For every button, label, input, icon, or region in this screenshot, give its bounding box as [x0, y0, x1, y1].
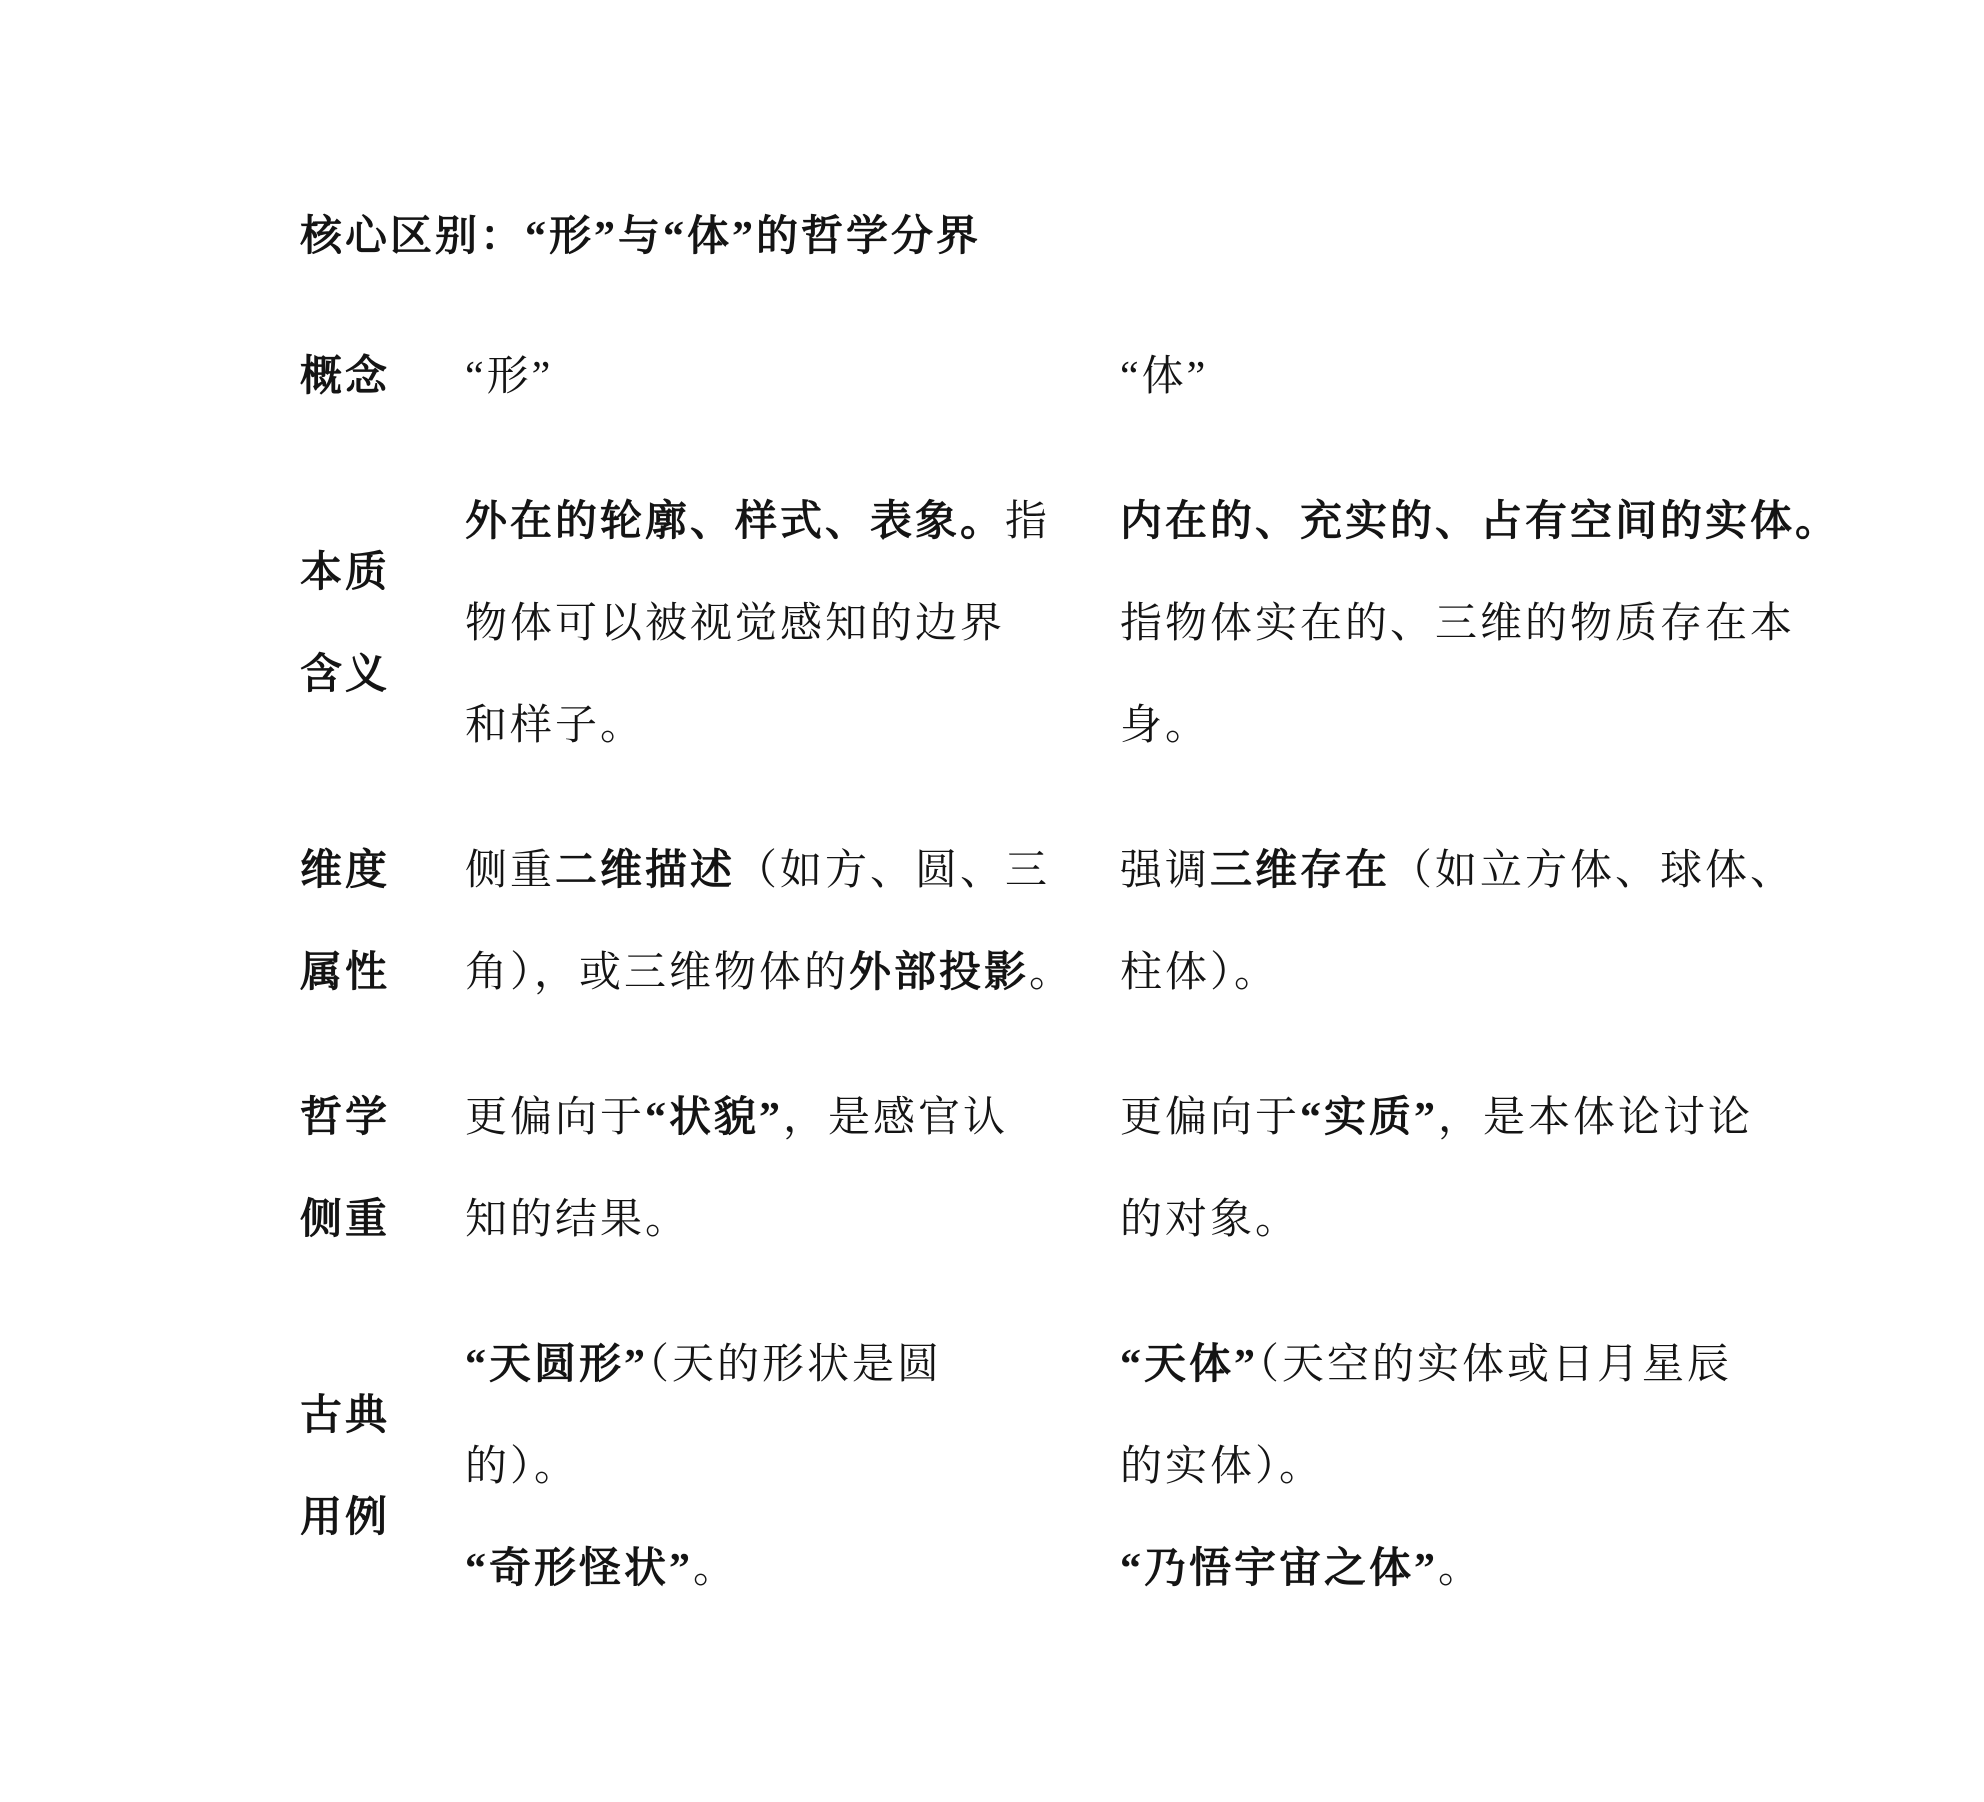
cell-xing: 更偏向于“状貌”，是感官认知的结果。	[465, 1067, 1120, 1271]
row-label: 本质含义	[300, 471, 465, 777]
header-xing: “形”	[465, 326, 1120, 428]
header-concept: 概念	[300, 326, 465, 428]
cell-xing: 外在的轮廓、样式、表象。指物体可以被视觉感知的边界和样子。	[465, 471, 1120, 777]
row-label: 哲学侧重	[300, 1067, 465, 1271]
document-page: 核心区别：“形”与“体”的哲学分界 概念 “形” “体” 本质含义 外在的轮廓、…	[0, 0, 1984, 1802]
cell-ti: “天体”（天空的实体或日月星辰的实体）。“乃悟宇宙之体”。	[1120, 1314, 1864, 1620]
table-row: 本质含义 外在的轮廓、样式、表象。指物体可以被视觉感知的边界和样子。 内在的、充…	[300, 471, 1984, 777]
page-title: 核心区别：“形”与“体”的哲学分界	[300, 215, 1984, 259]
table-header-row: 概念 “形” “体”	[300, 326, 1984, 428]
row-label: 古典用例	[300, 1314, 465, 1620]
row-label-text: 古典用例	[300, 1365, 390, 1569]
cell-xing: 侧重二维描述（如方、圆、三角），或三维物体的外部投影。	[465, 820, 1120, 1024]
row-label-text: 哲学侧重	[300, 1067, 390, 1271]
cell-ti: 更偏向于“实质”，是本体论讨论的对象。	[1120, 1067, 1864, 1271]
cell-xing: “天圆形”（天的形状是圆的）。“奇形怪状”。	[465, 1314, 1120, 1620]
cell-ti: 内在的、充实的、占有空间的实体。指物体实在的、三维的物质存在本身。	[1120, 471, 1864, 777]
row-label-text: 本质含义	[300, 522, 390, 726]
cell-ti: 强调三维存在（如立方体、球体、柱体）。	[1120, 820, 1864, 1024]
header-ti: “体”	[1120, 326, 1864, 428]
table-row: 哲学侧重 更偏向于“状貌”，是感官认知的结果。 更偏向于“实质”，是本体论讨论的…	[300, 1067, 1984, 1271]
row-label-text: 维度属性	[300, 820, 390, 1024]
row-label: 维度属性	[300, 820, 465, 1024]
table-body: 本质含义 外在的轮廓、样式、表象。指物体可以被视觉感知的边界和样子。 内在的、充…	[300, 471, 1984, 1620]
table-row: 维度属性 侧重二维描述（如方、圆、三角），或三维物体的外部投影。 强调三维存在（…	[300, 820, 1984, 1024]
table-row: 古典用例 “天圆形”（天的形状是圆的）。“奇形怪状”。 “天体”（天空的实体或日…	[300, 1314, 1984, 1620]
